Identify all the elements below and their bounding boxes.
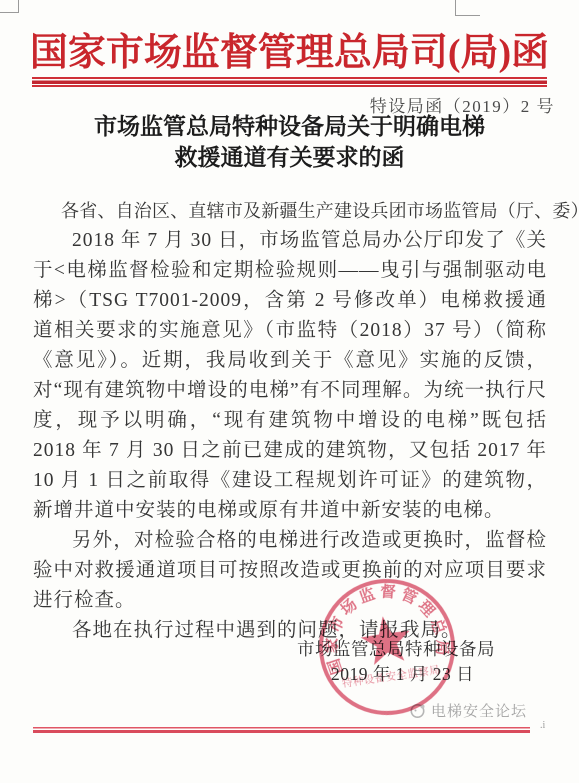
scan-corner-mark-top-left — [0, 0, 19, 13]
letter-body: 各省、自治区、直辖市及新疆生产建设兵团市场监管局（厅、委）: 2018 年 7 … — [33, 196, 547, 646]
scan-corner-mark-top-right — [455, 0, 480, 16]
letter-title-line-2: 救援通道有关要求的函 — [0, 142, 579, 173]
letter-title: 市场监管总局特种设备局关于明确电梯 救援通道有关要求的函 — [0, 111, 579, 173]
signature-date: 2019 年 1 月 23 日 — [331, 661, 474, 686]
signature-department: 市场监管总局特种设备局 — [297, 636, 495, 661]
letter-title-line-1: 市场监管总局特种设备局关于明确电梯 — [0, 111, 579, 142]
header-divider-line — [32, 77, 547, 87]
scanned-official-letter: 国家市场监督管理总局司(局)函 特设局函（2019）2 号 市场监管总局特种设备… — [0, 0, 579, 783]
scan-artifact-mark: .i — [540, 720, 545, 731]
forum-logo-icon — [409, 702, 426, 719]
body-paragraph: 2018 年 7 月 30 日，市场监管总局办公厅印发了《关于<电梯监督检验和定… — [33, 226, 547, 526]
salutation-line: 各省、自治区、直辖市及新疆生产建设兵团市场监管局（厅、委）: — [33, 196, 547, 226]
body-paragraph: 另外，对检验合格的电梯进行改造或更换时，监督检验中对救援通道项目可按照改造或更换… — [33, 526, 547, 616]
footer-divider-line — [33, 727, 530, 733]
watermark-label: 电梯安全论坛 — [431, 700, 527, 721]
agency-header-title: 国家市场监督管理总局司(局)函 — [0, 21, 579, 76]
watermark: 电梯安全论坛 — [409, 700, 527, 721]
